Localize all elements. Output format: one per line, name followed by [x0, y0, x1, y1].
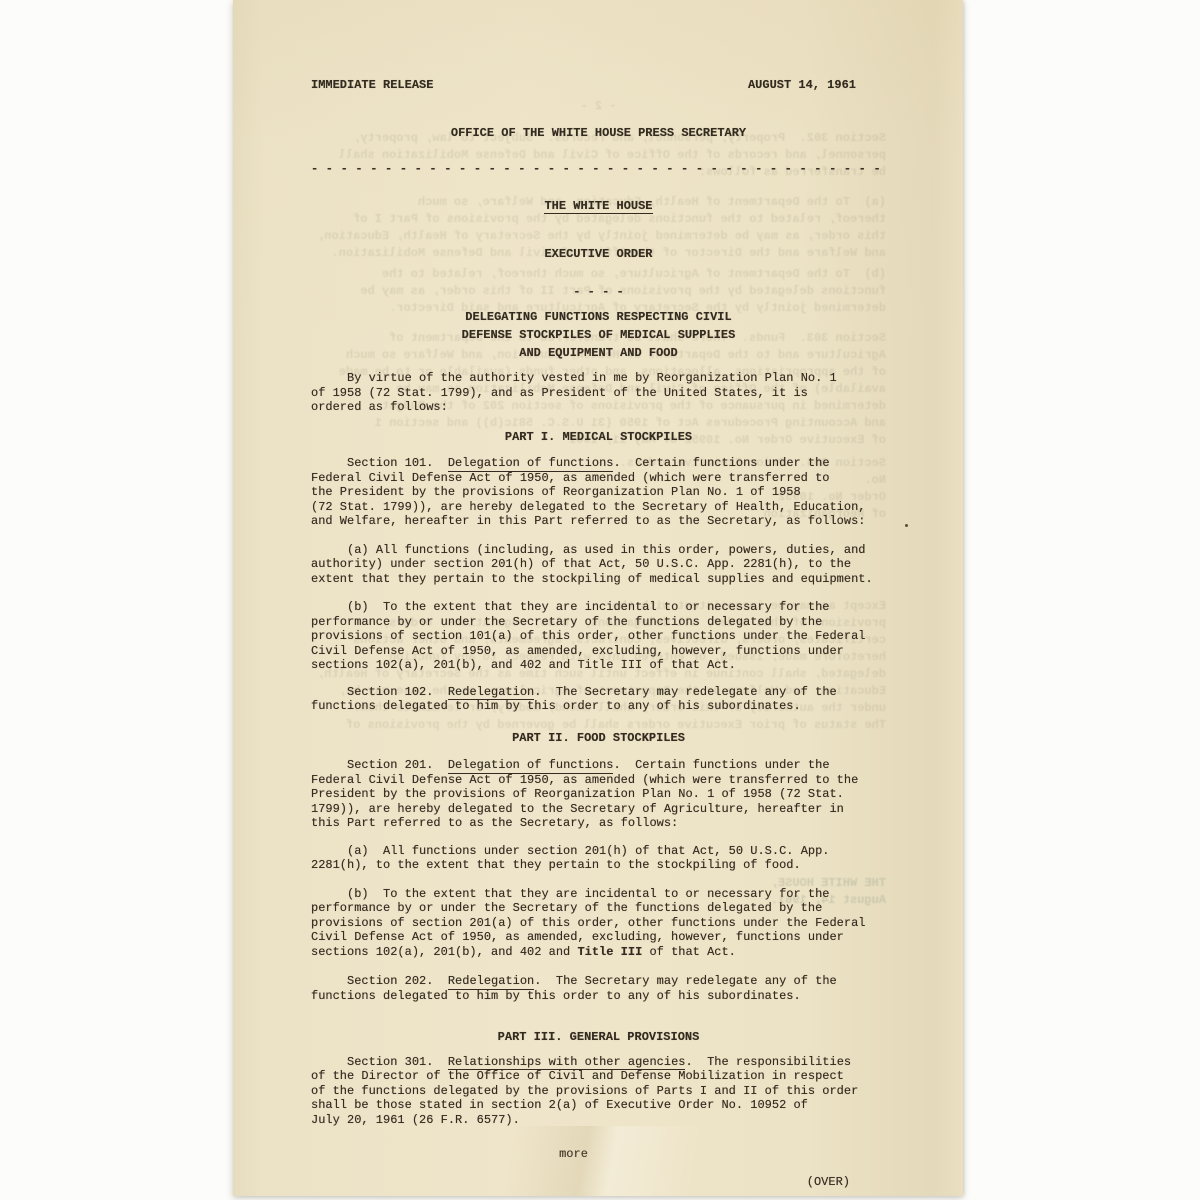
title-iii-emphasis: Title III — [577, 945, 642, 959]
order-title-line: DEFENSE STOCKPILES OF MEDICAL SUPPLIES — [311, 326, 886, 344]
section-301-title: Relationships with other agencies — [448, 1055, 686, 1071]
section-101-paragraph: Section 101. Delegation of functions. Ce… — [311, 456, 886, 529]
document-content: IMMEDIATE RELEASE AUGUST 14, 1961 OFFICE… — [311, 0, 886, 1189]
release-date: AUGUST 14, 1961 — [748, 78, 856, 93]
small-separator: - - - - — [311, 285, 886, 300]
dashed-separator: - - - - - - - - - - - - - - - - - - - - … — [311, 162, 886, 177]
press-office-line: OFFICE OF THE WHITE HOUSE PRESS SECRETAR… — [311, 126, 886, 141]
section-101a-paragraph: (a) All functions (including, as used in… — [311, 543, 886, 587]
section-102-title: Redelegation — [448, 685, 534, 701]
intro-paragraph: By virtue of the authority vested in me … — [311, 371, 886, 415]
part2-heading: PART II. FOOD STOCKPILES — [311, 731, 886, 746]
section-101-title: Delegation of functions — [448, 456, 614, 472]
part1-heading: PART I. MEDICAL STOCKPILES — [311, 430, 886, 445]
ink-speck — [905, 524, 908, 527]
paper-crease — [233, 1126, 963, 1196]
letterhead-line: THE WHITE HOUSE — [311, 199, 886, 214]
section-101b-paragraph: (b) To the extent that they are incident… — [311, 600, 886, 673]
section-202-paragraph: Section 202. Redelegation. The Secretary… — [311, 974, 886, 1003]
release-type-label: IMMEDIATE RELEASE — [311, 78, 433, 93]
section-301-lead: Section 301. — [311, 1055, 448, 1069]
section-201a-paragraph: (a) All functions under section 201(h) o… — [311, 844, 886, 873]
section-201-lead: Section 201. — [311, 758, 448, 772]
section-201-paragraph: Section 201. Delegation of functions. Ce… — [311, 758, 886, 831]
document-type: EXECUTIVE ORDER — [311, 247, 886, 262]
section-201-title: Delegation of functions — [448, 758, 614, 774]
order-title-line: AND EQUIPMENT AND FOOD — [311, 344, 886, 362]
section-201b-text-end: of that Act. — [642, 945, 736, 959]
order-title-line: DELEGATING FUNCTIONS RESPECTING CIVIL — [311, 308, 886, 326]
section-202-title: Redelegation — [448, 974, 534, 990]
order-title: DELEGATING FUNCTIONS RESPECTING CIVIL DE… — [311, 308, 886, 362]
document-page: - 2 -Section 302. Property, personnel, a… — [233, 0, 963, 1196]
section-301-paragraph: Section 301. Relationships with other ag… — [311, 1055, 886, 1128]
section-102-paragraph: Section 102. Redelegation. The Secretary… — [311, 685, 886, 714]
section-102-lead: Section 102. — [311, 685, 448, 699]
part3-heading: PART III. GENERAL PROVISIONS — [311, 1030, 886, 1045]
section-202-lead: Section 202. — [311, 974, 448, 988]
section-201b-paragraph: (b) To the extent that they are incident… — [311, 887, 886, 960]
letterhead-title: THE WHITE HOUSE — [544, 199, 652, 215]
section-101-lead: Section 101. — [311, 456, 448, 470]
masthead-row: IMMEDIATE RELEASE AUGUST 14, 1961 — [311, 78, 886, 93]
